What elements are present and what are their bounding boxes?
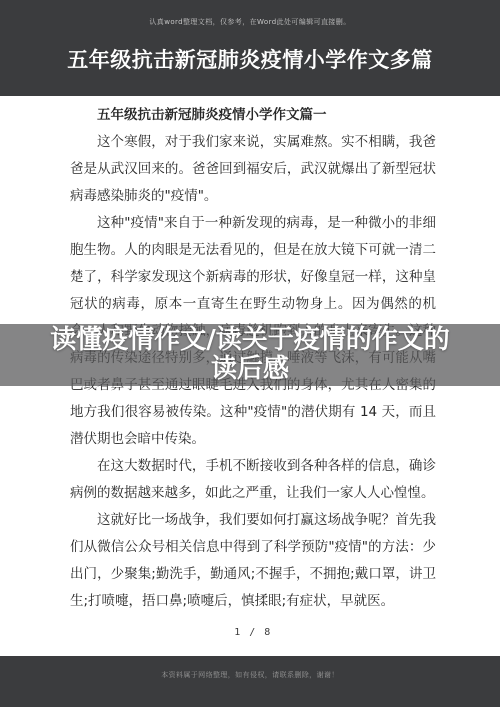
body-paragraph: 这个寒假，对于我们家来说，实属难熬。实不相瞒，我爸爸是从武汉回来的。爸爸回到福安… [70, 129, 436, 210]
footer-note: 本资料属于网络整理，如有侵权，请联系删除，谢谢！ [0, 670, 500, 680]
body-paragraph: 在这大数据时代，手机不断接收到各种各样的信息，确诊病例的数据越来越多，如此之严重… [70, 453, 436, 507]
page-indicator: 1 / 8 [70, 627, 436, 638]
bottom-band: 本资料属于网络整理，如有侵权，请联系删除，谢谢！ [0, 656, 500, 707]
header-note: 认真word整理文档，仅参考，在Word此处可编辑可直接删。 [0, 17, 500, 27]
document-title: 五年级抗击新冠肺炎疫情小学作文多篇 [0, 44, 500, 74]
document-viewer: 认真word整理文档，仅参考，在Word此处可编辑可直接删。 五年级抗击新冠肺炎… [0, 0, 500, 707]
watermark-line1: 读懂疫情作文/读关于疫情的作文的 [0, 326, 500, 355]
watermark-banner[interactable]: 读懂疫情作文/读关于疫情的作文的 读后感 [0, 324, 500, 386]
top-band: 认真word整理文档，仅参考，在Word此处可编辑可直接删。 五年级抗击新冠肺炎… [0, 0, 500, 96]
section-heading: 五年级抗击新冠肺炎疫情小学作文篇一 [70, 102, 436, 129]
watermark-line2: 读后感 [0, 355, 500, 384]
body-paragraph: 这就好比一场战争，我们要如何打赢这场战争呢？首先我们从微信公众号相关信息中得到了… [70, 507, 436, 615]
